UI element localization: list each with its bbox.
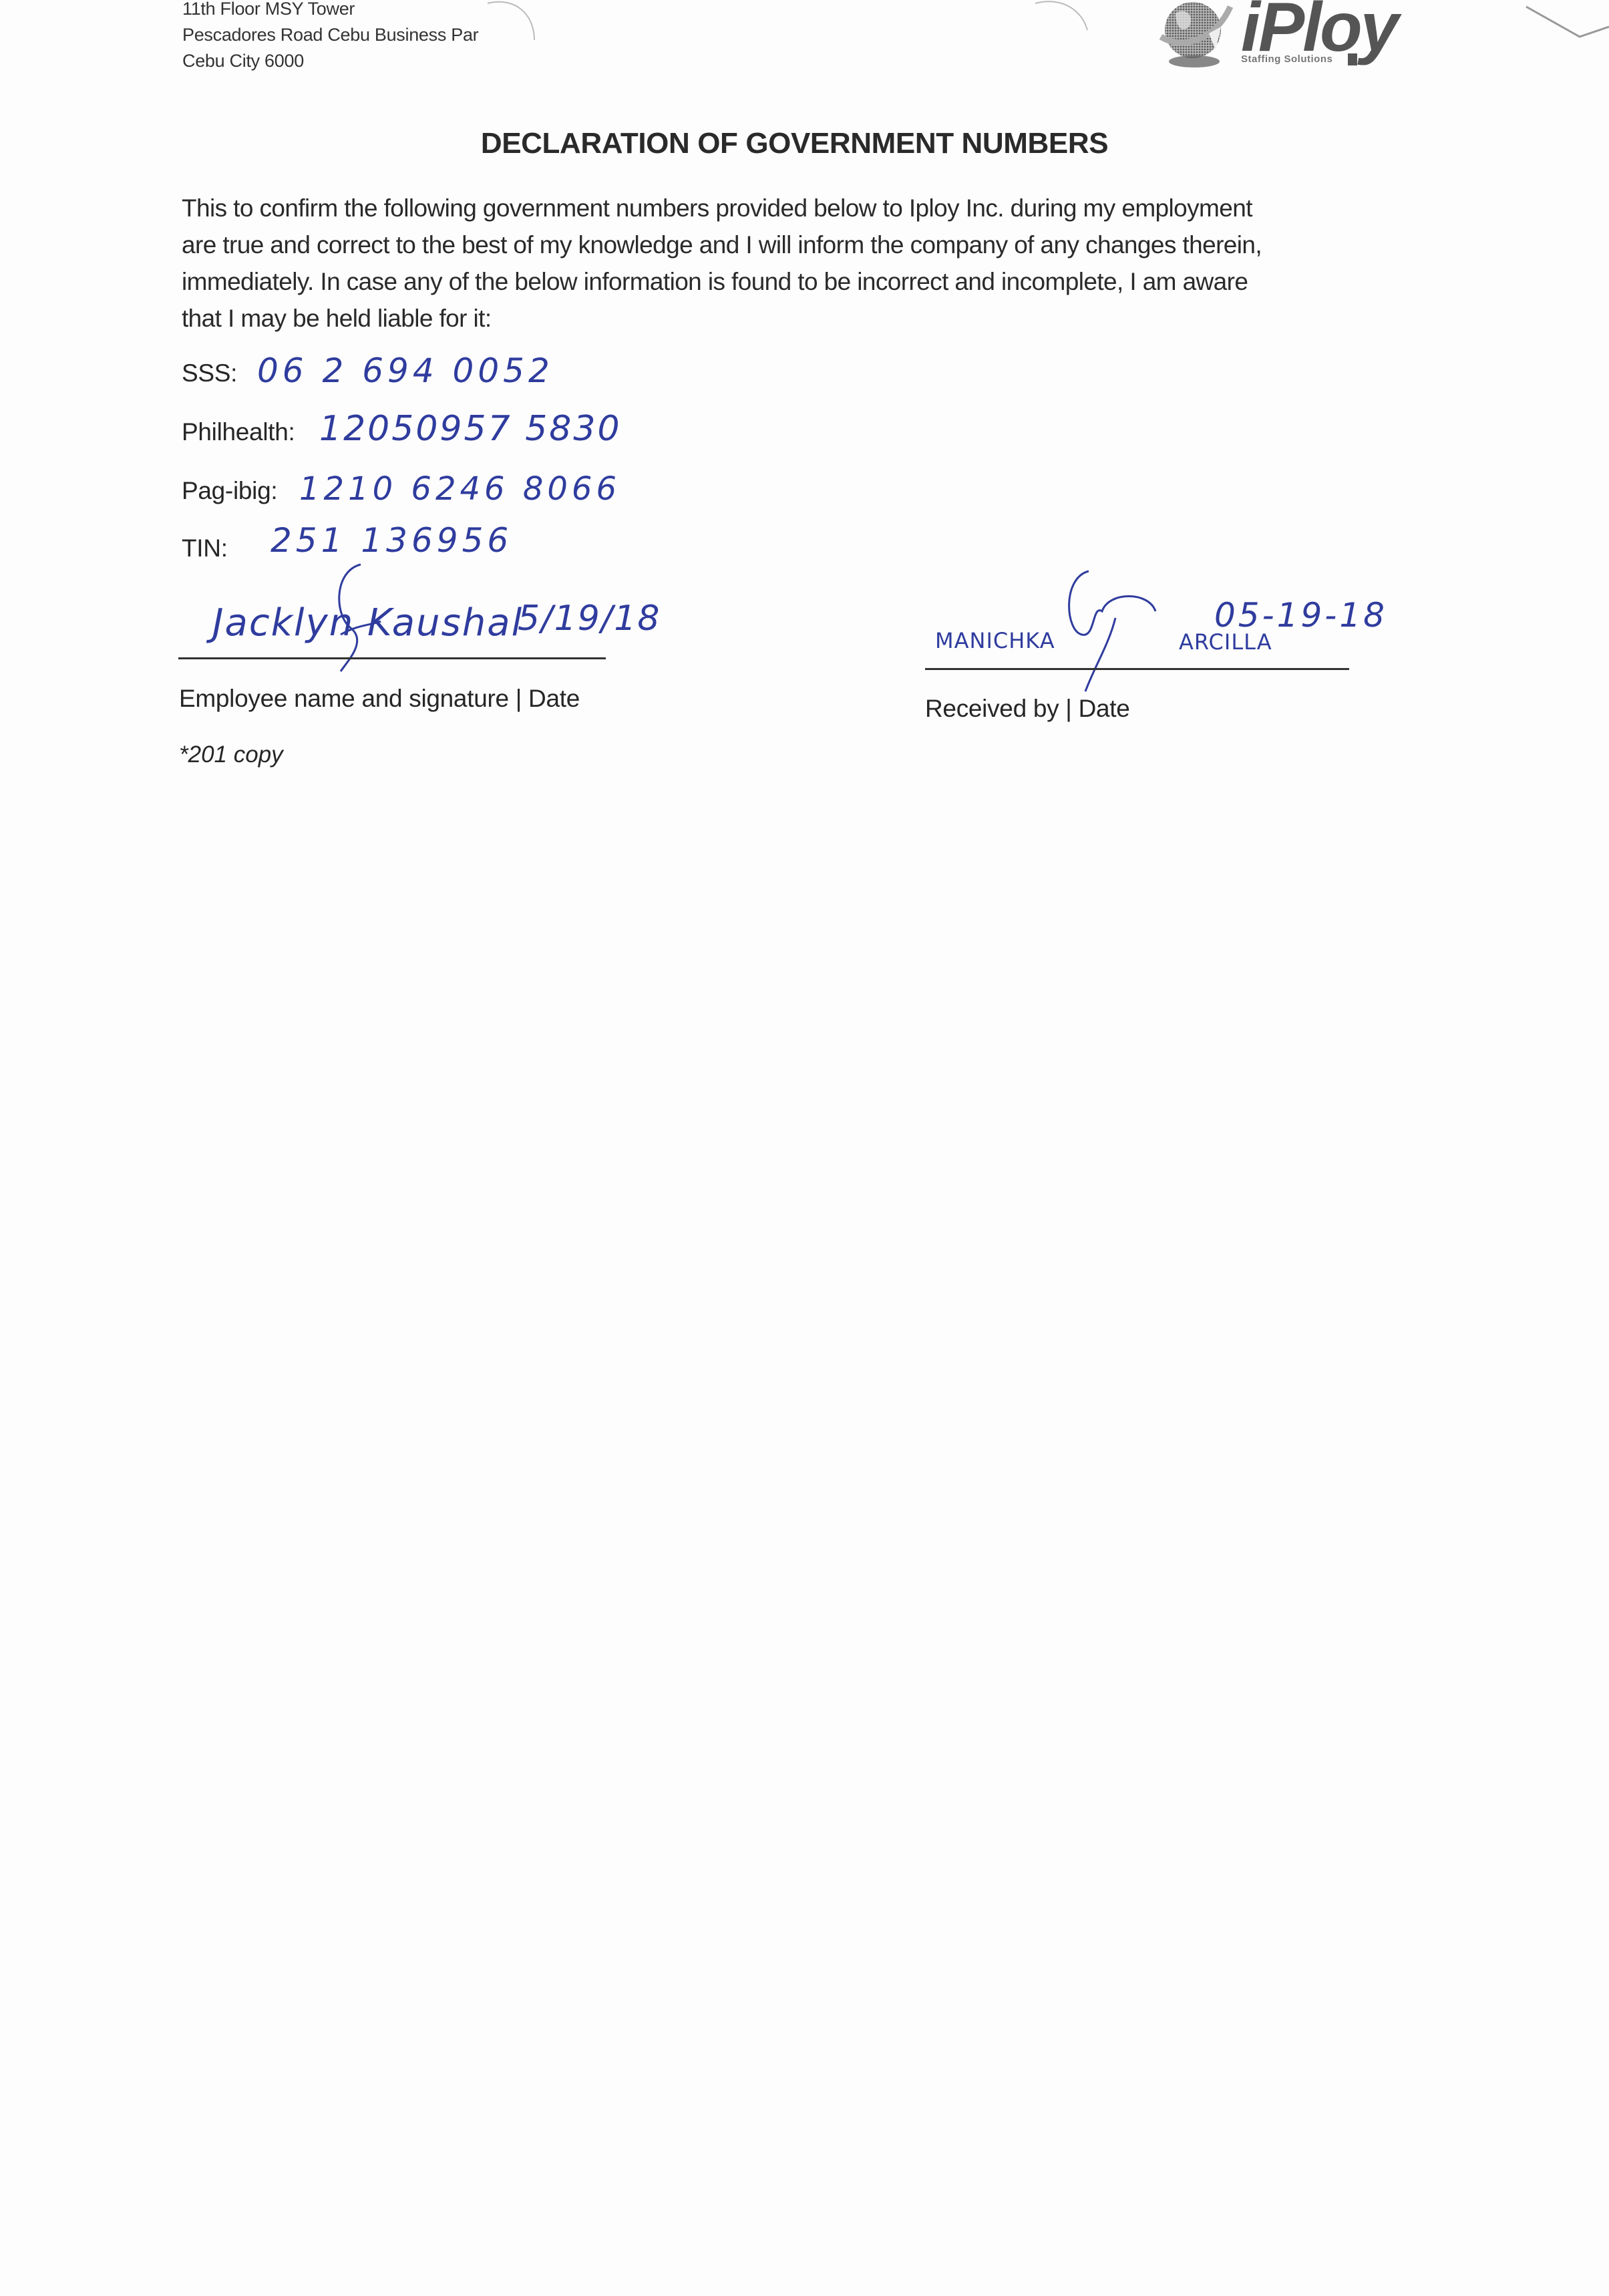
paragraph-line-1: This to confirm the following government… — [182, 190, 1397, 226]
tin-value: 251 136956 — [271, 521, 512, 560]
address-line-3: Cebu City 6000 — [182, 48, 478, 74]
employee-signature-name: Jacklyn Kaushal — [212, 601, 523, 645]
iploy-logo: iPloy Staffing Solutions — [1147, 0, 1401, 72]
copy-footnote: *201 copy — [179, 742, 283, 768]
philhealth-label: Philhealth: — [182, 418, 295, 446]
paragraph-line-4: that I may be held liable for it: — [182, 300, 1397, 337]
declaration-paragraph: This to confirm the following government… — [182, 190, 1397, 337]
address-line-2: Pescadores Road Cebu Business Par — [182, 22, 478, 48]
received-signature-scribble — [1055, 564, 1169, 698]
employee-signature-date: 5/19/18 — [518, 599, 661, 639]
philhealth-value: 12050957 5830 — [319, 409, 622, 449]
scan-artifact-arc — [461, 0, 541, 60]
sss-value: 06 2 694 0052 — [257, 351, 554, 390]
logo-tagline: Staffing Solutions — [1241, 53, 1332, 65]
page-title: DECLARATION OF GOVERNMENT NUMBERS — [0, 127, 1609, 160]
logo-tag-bar — [1348, 53, 1357, 65]
address-line-1: 11th Floor MSY Tower — [182, 0, 478, 22]
employee-signature-line — [178, 657, 606, 659]
pagibig-value: 1210 6246 8066 — [299, 470, 620, 508]
received-name-left: MANICHKA — [935, 628, 1055, 653]
scan-artifact-corner — [1516, 0, 1609, 47]
company-address: 11th Floor MSY Tower Pescadores Road Ceb… — [182, 0, 478, 74]
sss-label: SSS: — [182, 359, 237, 387]
globe-icon — [1155, 0, 1234, 69]
received-date: 05-19-18 — [1214, 596, 1387, 635]
scan-artifact-arc-2 — [1029, 0, 1102, 40]
paragraph-line-3: immediately. In case any of the below in… — [182, 263, 1397, 300]
employee-signature-caption: Employee name and signature | Date — [179, 685, 580, 713]
tin-label: TIN: — [182, 534, 228, 562]
received-signature-caption: Received by | Date — [925, 695, 1130, 723]
paragraph-line-2: are true and correct to the best of my k… — [182, 226, 1397, 263]
pagibig-label: Pag-ibig: — [182, 477, 277, 505]
received-signature-line — [925, 668, 1349, 670]
